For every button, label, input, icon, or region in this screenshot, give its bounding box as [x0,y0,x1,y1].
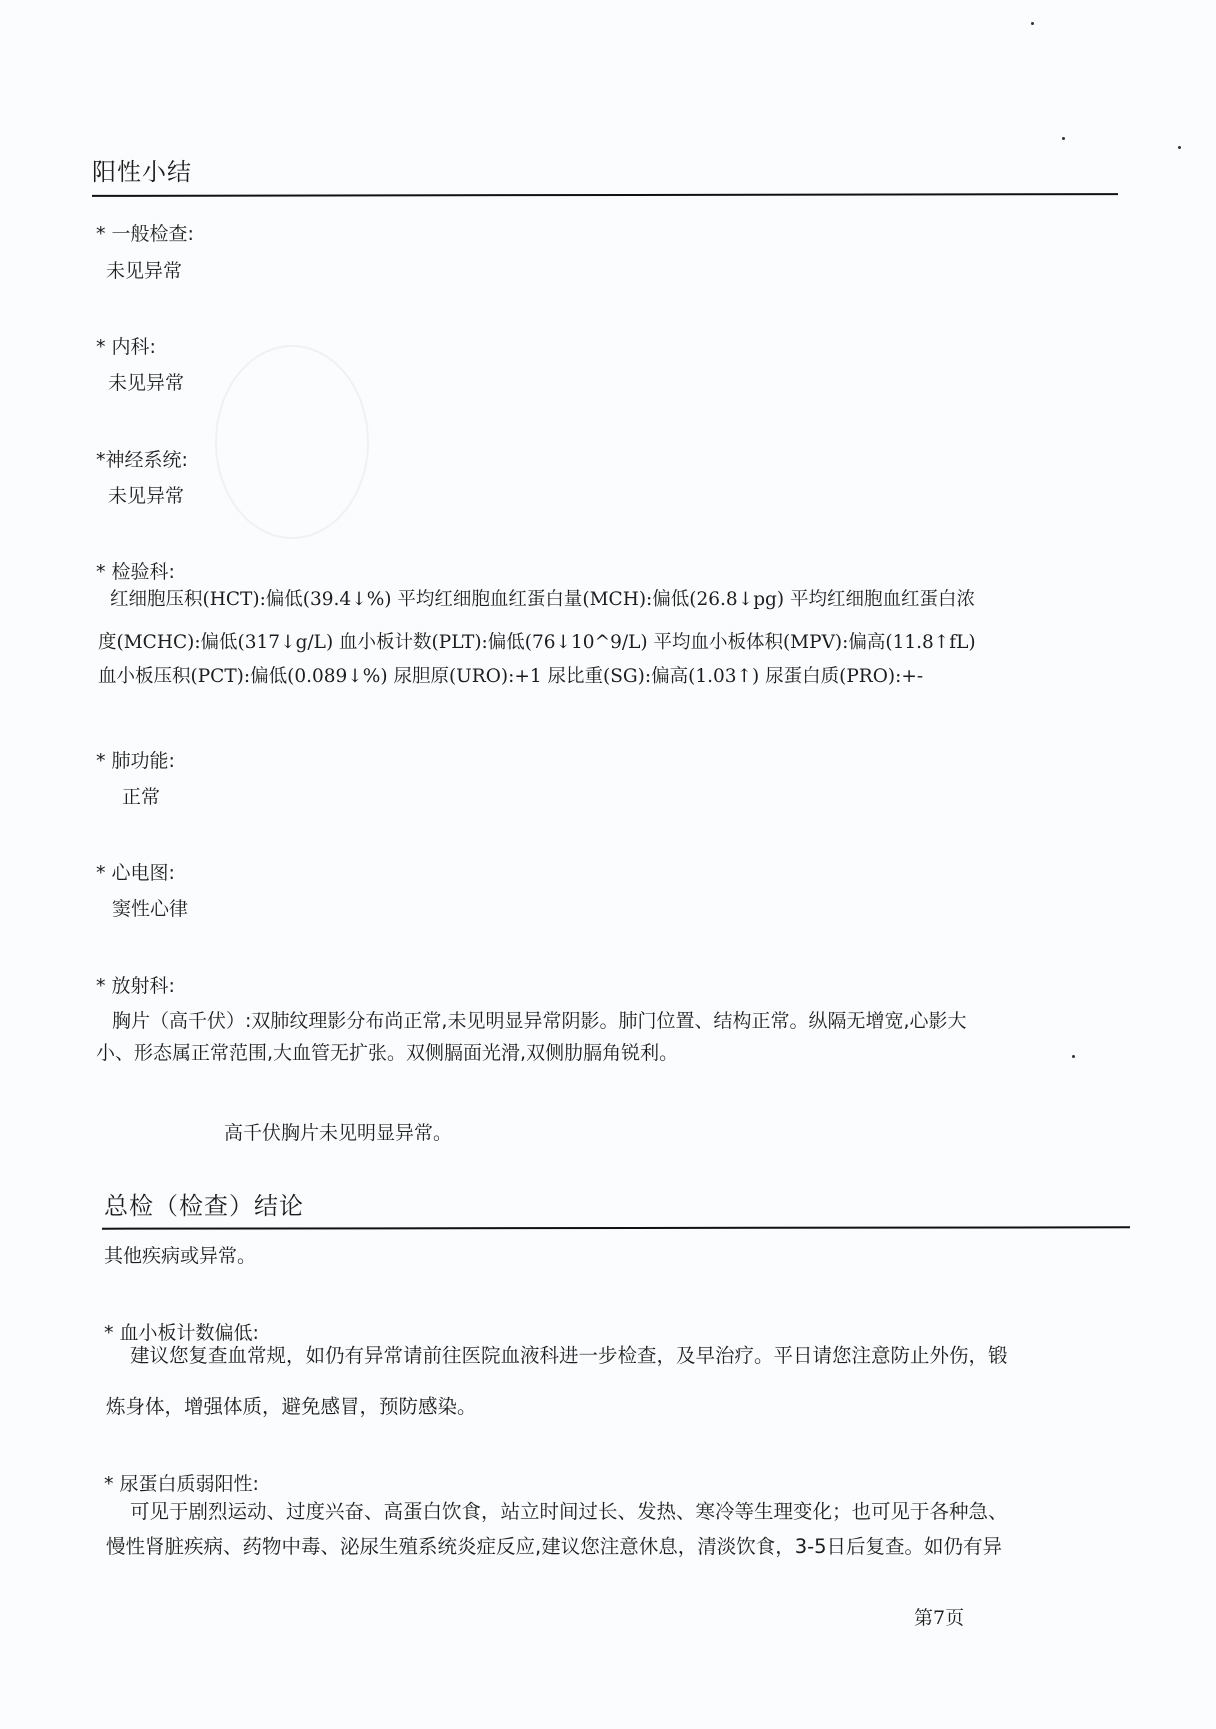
conclusion-item-header: * 尿蛋白质弱阳性: [104,1475,259,1494]
scan-speck [1072,1055,1075,1058]
scan-speck [1062,137,1065,140]
section-divider [102,1226,1130,1229]
item-header-lung: * 肺功能: [96,752,175,771]
section-divider [92,193,1118,197]
item-value-neuro: 未见异常 [108,487,184,506]
item-header-radiology: * 放射科: [96,977,175,996]
section-title-positive-summary: 阳性小结 [92,152,192,187]
scan-speck [1031,22,1034,25]
item-header-ecg: * 心电图: [96,864,175,883]
faded-stamp [215,345,369,539]
conclusion-item-text: 慢性肾脏疾病、药物中毒、泌尿生殖系统炎症反应,建议您注意休息，清淡饮食，3-5日… [106,1537,1002,1557]
item-header-internal: * 内科: [96,338,156,357]
conclusion-item-header: * 血小板计数偏低: [104,1324,259,1343]
item-header-general: * 一般检查: [96,225,194,244]
conclusion-item-text: 建议您复查血常规，如仍有异常请前往医院血液科进一步检查，及早治疗。平日请您注意防… [130,1346,1008,1366]
section-title-final-conclusion: 总检（检查）结论 [104,1186,304,1221]
radiology-finding-line: 小、形态属正常范围,大血管无扩张。双侧膈面光滑,双侧肋膈角锐利。 [96,1044,678,1063]
item-value-internal: 未见异常 [108,374,184,393]
item-value-ecg: 窦性心律 [112,900,188,919]
radiology-finding-line: 胸片（高千伏）:双肺纹理影分布尚正常,未见明显异常阴影。肺门位置、结构正常。纵隔… [112,1012,966,1031]
page-number: 第7页 [914,1609,964,1628]
radiology-conclusion: 高千伏胸片未见明显异常。 [224,1124,452,1143]
conclusion-intro: 其他疾病或异常。 [104,1247,256,1266]
lab-result-line: 度(MCHC):偏低(317↓g/L) 血小板计数(PLT):偏低(76↓10^… [98,634,976,653]
item-header-neuro: *神经系统: [96,451,188,470]
item-header-lab: * 检验科: [96,563,175,582]
item-value-lung: 正常 [122,788,160,807]
conclusion-item-text: 可见于剧烈运动、过度兴奋、高蛋白饮食，站立时间过长、发热、寒冷等生理变化；也可见… [130,1502,1008,1522]
scan-speck [1178,146,1181,149]
lab-result-line: 红细胞压积(HCT):偏低(39.4↓%) 平均红细胞血红蛋白量(MCH):偏低… [110,591,975,610]
conclusion-item-text: 炼身体，增强体质，避免感冒，预防感染。 [106,1397,477,1417]
report-page: 阳性小结 * 一般检查: 未见异常 * 内科: 未见异常 *神经系统: 未见异常… [0,0,1216,1729]
item-value-general: 未见异常 [106,262,182,281]
lab-result-line: 血小板压积(PCT):偏低(0.089↓%) 尿胆原(URO):+1 尿比重(S… [98,668,923,687]
